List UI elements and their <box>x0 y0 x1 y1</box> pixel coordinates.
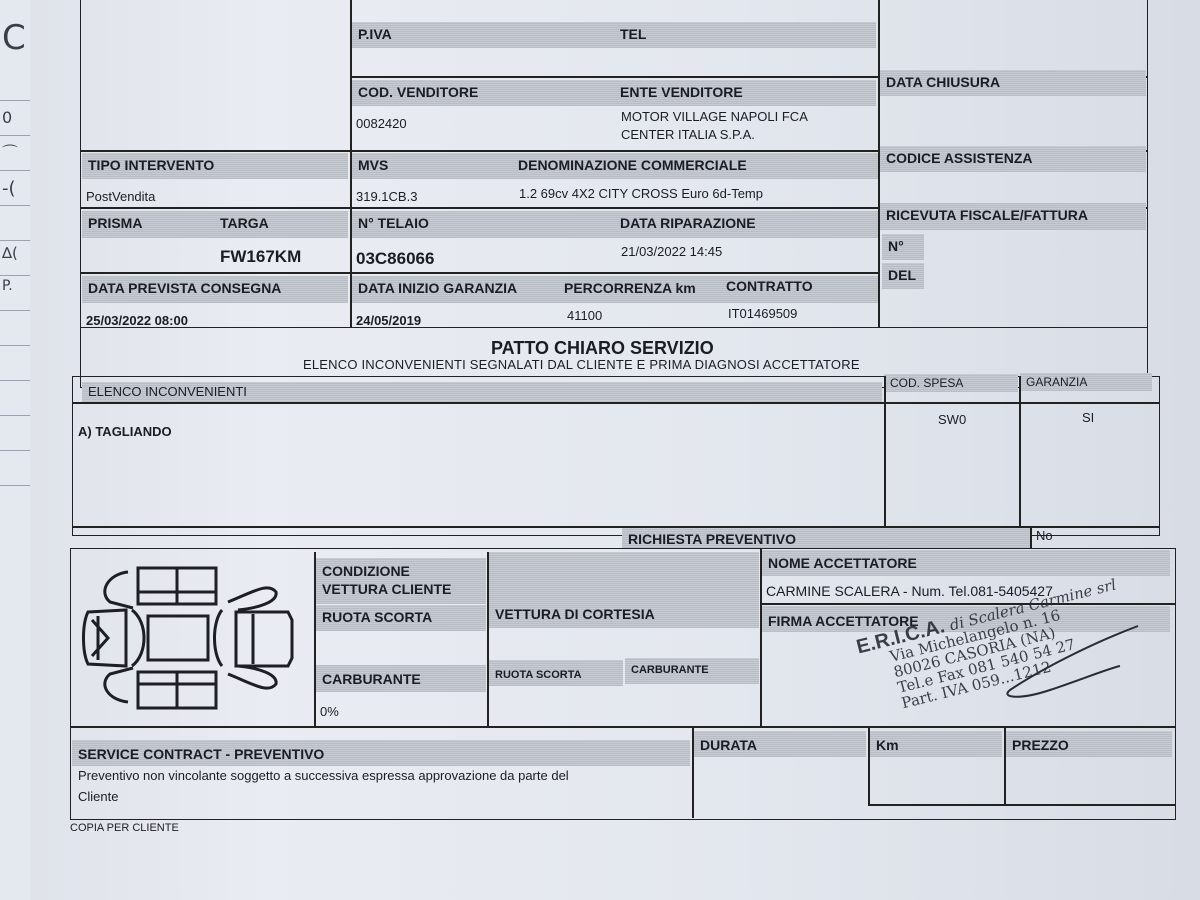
nome-accettatore-value: CARMINE SCALERA - Num. Tel.081-5405427 <box>766 583 1053 599</box>
ricevuta-label: RICEVUTA FISCALE/FATTURA <box>880 203 1146 230</box>
copia-per-cliente: COPIA PER CLIENTE <box>70 822 179 834</box>
carburante-value: 0% <box>320 704 339 719</box>
patto-title: PATTO CHIARO SERVIZIO <box>491 338 714 359</box>
patto-subtitle: ELENCO INCONVENIENTI SEGNALATI DAL CLIEN… <box>303 357 860 372</box>
telaio-header: N° TELAIO DATA RIPARAZIONE <box>352 211 878 238</box>
mvs-header: MVS DENOMINAZIONE COMMERCIALE <box>352 153 878 179</box>
percorrenza-value: 41100 <box>567 308 602 323</box>
tipo-intervento-value: PostVendita <box>86 189 155 204</box>
telaio-value: 03C86066 <box>356 249 434 269</box>
scribble: ∆( <box>2 244 18 262</box>
garanzia-header: GARANZIA <box>1020 373 1152 391</box>
cod-spesa-row-1: SW0 <box>938 412 966 427</box>
scribble: C <box>2 18 26 58</box>
contratto-label: CONTRATTO <box>726 278 813 294</box>
garanzia-header: DATA INIZIO GARANZIA PERCORRENZA km CONT… <box>352 276 878 303</box>
notebook-margin: C 0 ⌒ -( ∆( P. <box>0 0 31 900</box>
data-inizio-garanzia-value: 24/05/2019 <box>356 313 421 328</box>
carburante-label: CARBURANTE <box>316 665 486 692</box>
percorrenza-label: PERCORRENZA km <box>564 280 696 296</box>
denominazione-value: 1.2 69cv 4X2 CITY CROSS Euro 6d-Temp <box>519 186 763 201</box>
cod-venditore-value: 0082420 <box>356 116 407 131</box>
ente-venditore-value-2: CENTER ITALIA S.P.A. <box>621 127 755 142</box>
condizione-vettura-label: CONDIZIONE VETTURA CLIENTE <box>316 558 486 604</box>
garanzia-row-1: SI <box>1082 410 1094 425</box>
cortesia-carburante-label: CARBURANTE <box>625 658 759 684</box>
tipo-intervento-label: TIPO INTERVENTO <box>82 153 348 179</box>
ricevuta-del-label: DEL <box>882 263 924 289</box>
ricevuta-n-label: N° <box>882 234 924 260</box>
data-prevista-consegna-value: 25/03/2022 08:00 <box>86 313 188 328</box>
targa-value: FW167KM <box>220 247 301 267</box>
inconveniente-row-1: A) TAGLIANDO <box>78 424 172 439</box>
data-prevista-consegna-label: DATA PREVISTA CONSEGNA <box>82 276 348 303</box>
nome-accettatore-label: NOME ACCETTATORE <box>762 550 1170 576</box>
data-riparazione-value: 21/03/2022 14:45 <box>621 244 722 259</box>
data-riparazione-label: DATA RIPARAZIONE <box>620 215 756 231</box>
car-damage-diagram[interactable] <box>78 562 306 714</box>
cortesia-ruota-scorta-label: RUOTA SCORTA <box>489 660 623 686</box>
denominazione-label: DENOMINAZIONE COMMERCIALE <box>518 157 747 173</box>
scribble: -( <box>2 178 16 199</box>
service-contract-label: SERVICE CONTRACT - PREVENTIVO <box>72 740 690 766</box>
scribble: 0 <box>2 108 12 127</box>
cod-venditore-header: COD. VENDITORE ENTE VENDITORE <box>352 80 876 106</box>
ente-venditore-label: ENTE VENDITORE <box>620 84 743 100</box>
contratto-value: IT01469509 <box>728 306 797 321</box>
targa-label: TARGA <box>220 215 269 231</box>
cod-spesa-header: COD. SPESA <box>884 374 1018 392</box>
service-contract-text-2: Cliente <box>78 789 118 804</box>
tel-label: TEL <box>620 26 646 42</box>
durata-label: DURATA <box>694 731 866 757</box>
vettura-cortesia-label: VETTURA DI CORTESIA <box>489 602 759 628</box>
ruota-scorta-label: RUOTA SCORTA <box>316 605 486 631</box>
data-chiusura-label: DATA CHIUSURA <box>880 70 1146 96</box>
scribble: ⌒ <box>2 140 18 163</box>
prisma-header: PRISMA TARGA <box>82 211 348 238</box>
elenco-inconvenienti-header: ELENCO INCONVENIENTI <box>82 382 882 402</box>
ente-venditore-value-1: MOTOR VILLAGE NAPOLI FCA <box>621 109 808 124</box>
mvs-value: 319.1CB.3 <box>356 189 417 204</box>
service-contract-text-1: Preventivo non vincolante soggetto a suc… <box>78 768 569 783</box>
richiesta-preventivo-label: RICHIESTA PREVENTIVO <box>622 528 1030 548</box>
codice-assistenza-label: CODICE ASSISTENZA <box>880 146 1146 172</box>
condizione-shaded-cell <box>489 552 759 602</box>
scribble: P. <box>2 278 13 294</box>
piva-header: P.IVA TEL <box>352 22 876 48</box>
richiesta-preventivo-value: No <box>1036 528 1053 543</box>
